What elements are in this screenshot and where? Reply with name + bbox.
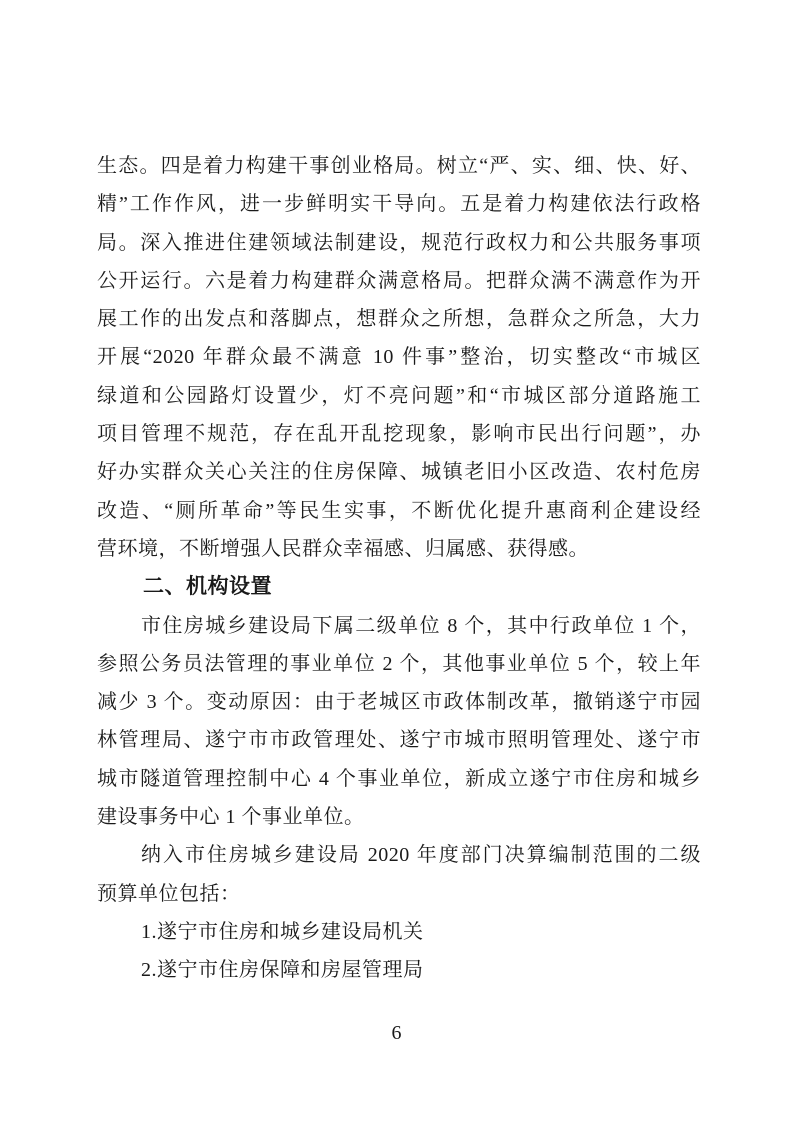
text-line: 林管理局、遂宁市市政管理处、遂宁市城市照明管理处、遂宁市 xyxy=(97,721,701,759)
document-body: 生态。四是着力构建干事创业格局。树立“严、实、细、快、好、 精”工作作风，进一步… xyxy=(97,147,701,990)
page-footer: 6 xyxy=(0,1022,793,1045)
list-item: 1.遂宁市住房和城乡建设局机关 xyxy=(97,913,701,951)
text-line: 绿道和公园路灯设置少，灯不亮问题”和“市城区部分道路施工 xyxy=(97,377,701,415)
text-line: 纳入市住房城乡建设局 2020 年度部门决算编制范围的二级 xyxy=(97,836,701,874)
text-line: 城市隧道管理控制中心 4 个事业单位，新成立遂宁市住房和城乡 xyxy=(97,760,701,798)
text-line: 参照公务员法管理的事业单位 2 个，其他事业单位 5 个，较上年 xyxy=(97,645,701,683)
text-line: 减少 3 个。变动原因：由于老城区市政体制改革，撤销遂宁市园 xyxy=(97,683,701,721)
list-item: 2.遂宁市住房保障和房屋管理局 xyxy=(97,951,701,989)
text-line: 精”工作作风，进一步鲜明实干导向。五是着力构建依法行政格 xyxy=(97,185,701,223)
document-page: 生态。四是着力构建干事创业格局。树立“严、实、细、快、好、 精”工作作风，进一步… xyxy=(0,0,793,1122)
text-line: 改造、“厕所革命”等民生实事，不断优化提升惠商利企建设经 xyxy=(97,492,701,530)
text-line: 建设事务中心 1 个事业单位。 xyxy=(97,798,701,836)
text-line: 开展“2020 年群众最不满意 10 件事”整治，切实整改“市城区 xyxy=(97,338,701,376)
text-line: 好办实群众关心关注的住房保障、城镇老旧小区改造、农村危房 xyxy=(97,453,701,491)
text-line: 营环境，不断增强人民群众幸福感、归属感、获得感。 xyxy=(97,530,701,568)
section-heading: 二、机构设置 xyxy=(97,568,701,606)
text-line: 市住房城乡建设局下属二级单位 8 个，其中行政单位 1 个， xyxy=(97,607,701,645)
text-line: 局。深入推进住建领域法制建设，规范行政权力和公共服务事项 xyxy=(97,224,701,262)
text-line: 生态。四是着力构建干事创业格局。树立“严、实、细、快、好、 xyxy=(97,147,701,185)
text-line: 展工作的出发点和落脚点，想群众之所想，急群众之所急，大力 xyxy=(97,300,701,338)
page-number: 6 xyxy=(392,1022,402,1044)
text-line: 项目管理不规范，存在乱开乱挖现象，影响市民出行问题”，办 xyxy=(97,415,701,453)
text-line: 公开运行。六是着力构建群众满意格局。把群众满不满意作为开 xyxy=(97,262,701,300)
text-line: 预算单位包括： xyxy=(97,875,701,913)
